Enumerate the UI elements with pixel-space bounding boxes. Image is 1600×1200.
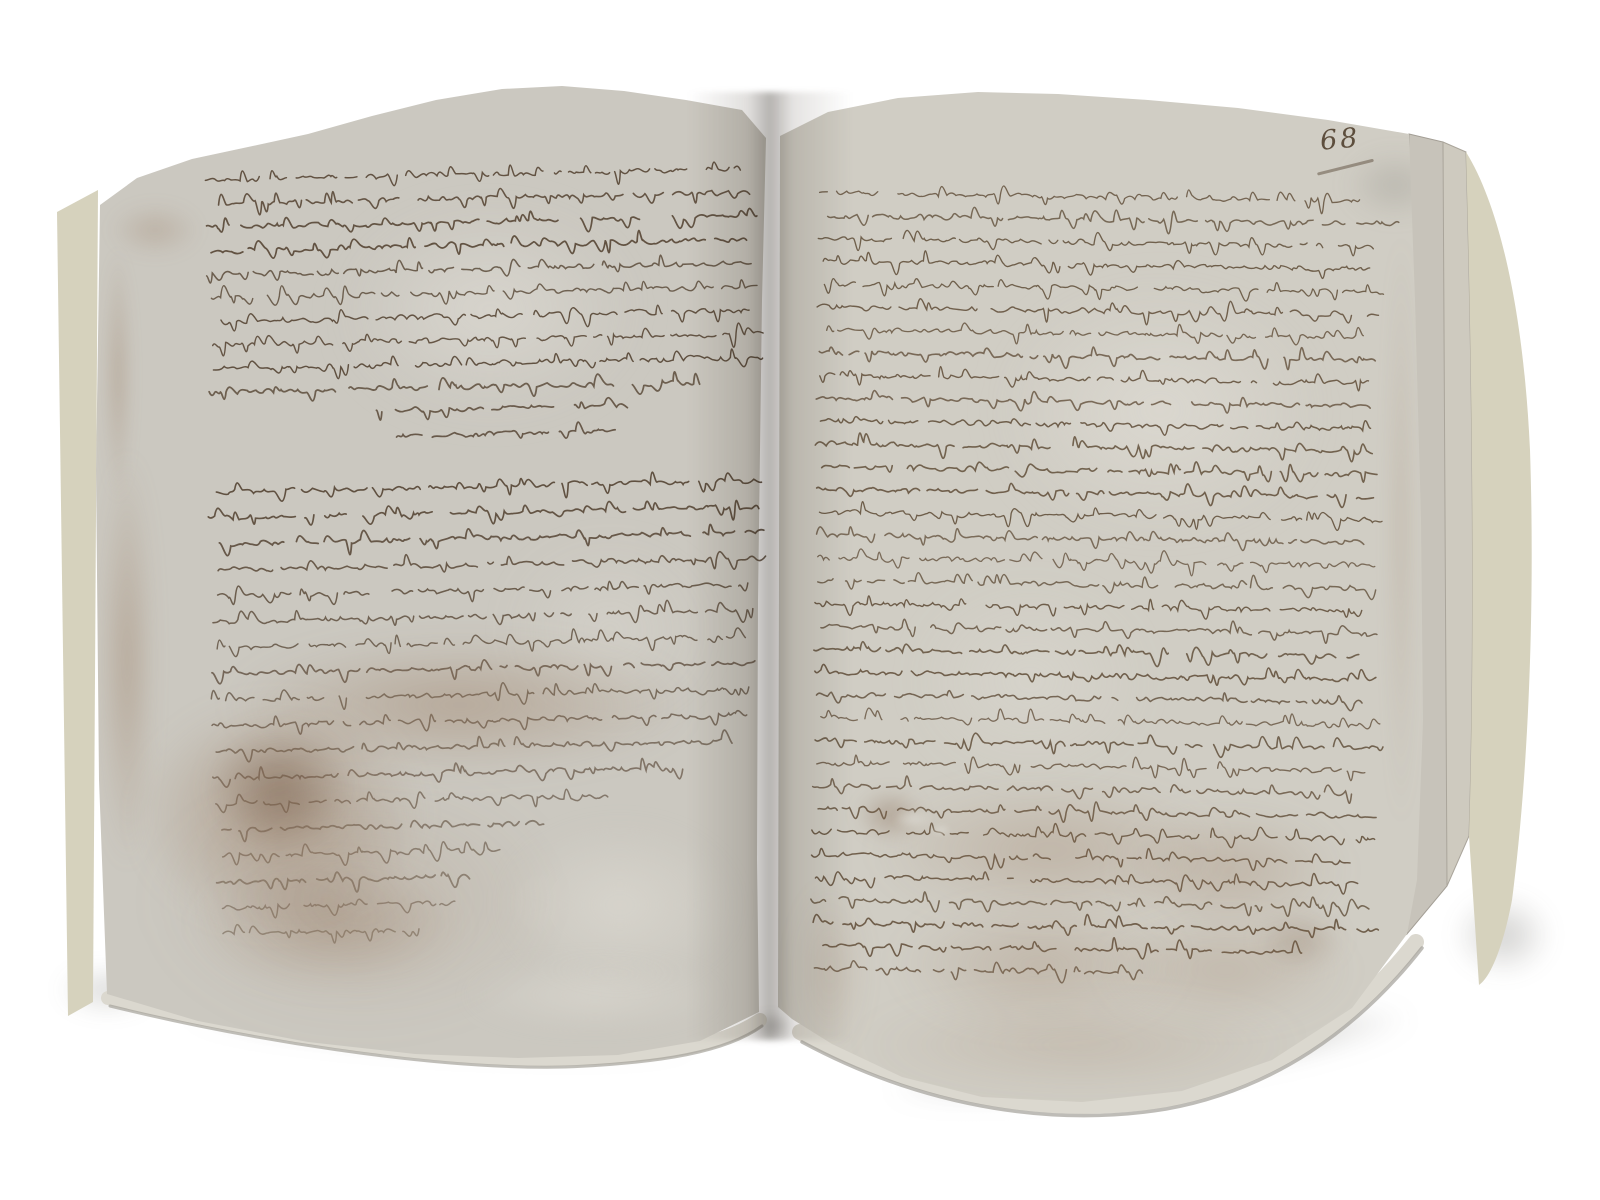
left-cover-edge: [57, 190, 98, 1016]
book-gutter-shadow: [688, 92, 852, 1040]
manuscript-photo: 68: [0, 0, 1600, 1200]
paper-mottle: [300, 180, 680, 440]
folio-number-text: 68: [1319, 122, 1362, 156]
page-stack-edge-2: [1443, 142, 1473, 886]
book-shadow-right-side: [1438, 880, 1568, 990]
folio-number: 68: [1319, 122, 1362, 156]
right-cover-edge: [1466, 152, 1532, 985]
paper-mottle: [880, 560, 1180, 800]
paper-mottle: [950, 250, 1370, 570]
